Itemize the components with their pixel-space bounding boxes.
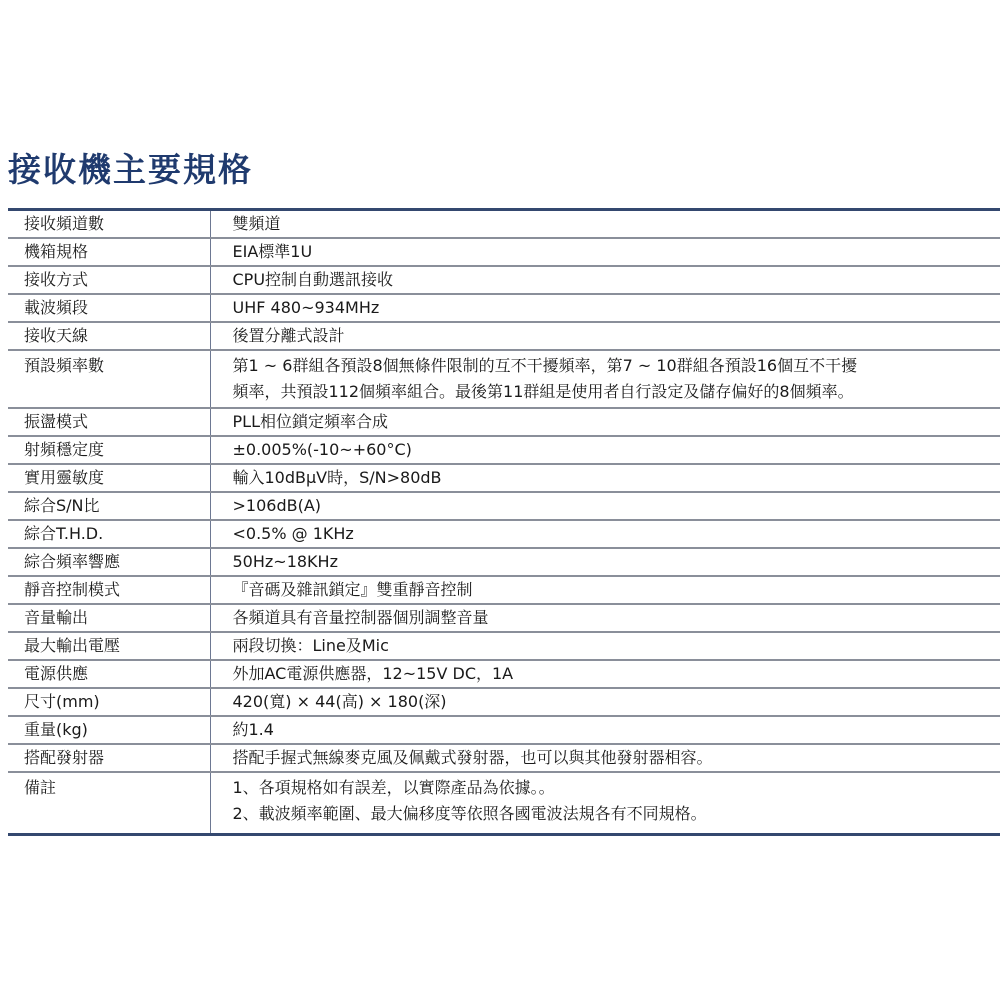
spec-key: 音量輸出 xyxy=(8,604,210,632)
spec-value-line: 頻率，共預設112個頻率組合。最後第11群組是使用者自行設定及儲存偏好的8個頻率… xyxy=(233,379,1000,405)
spec-key: 靜音控制模式 xyxy=(8,576,210,604)
spec-key: 綜合頻率響應 xyxy=(8,548,210,576)
spec-value: 搭配手握式無線麥克風及佩戴式發射器，也可以與其他發射器相容。 xyxy=(210,744,1000,772)
spec-key: 重量(kg) xyxy=(8,716,210,744)
spec-table: 接收頻道數 雙頻道 機箱規格 EIA標準1U 接收方式 CPU控制自動選訊接收 … xyxy=(8,208,1000,836)
spec-key: 載波頻段 xyxy=(8,294,210,322)
spec-key: 預設頻率數 xyxy=(8,350,210,408)
spec-value: 外加AC電源供應器，12~15V DC，1A xyxy=(210,660,1000,688)
spec-row: 綜合頻率響應 50Hz~18KHz xyxy=(8,548,1000,576)
spec-key: 綜合S/N比 xyxy=(8,492,210,520)
spec-row: 綜合T.H.D. <0.5% @ 1KHz xyxy=(8,520,1000,548)
spec-value: CPU控制自動選訊接收 xyxy=(210,266,1000,294)
spec-row: 接收天線 後置分離式設計 xyxy=(8,322,1000,350)
spec-row: 音量輸出 各頻道具有音量控制器個別調整音量 xyxy=(8,604,1000,632)
spec-key: 射頻穩定度 xyxy=(8,436,210,464)
spec-value: >106dB(A) xyxy=(210,492,1000,520)
spec-row: 接收方式 CPU控制自動選訊接收 xyxy=(8,266,1000,294)
spec-row: 預設頻率數 第1 ~ 6群組各預設8個無條件限制的互不干擾頻率，第7 ~ 10群… xyxy=(8,350,1000,408)
spec-value: PLL相位鎖定頻率合成 xyxy=(210,408,1000,436)
spec-value: 雙頻道 xyxy=(210,210,1000,239)
spec-row: 實用靈敏度 輸入10dBμV時，S/N>80dB xyxy=(8,464,1000,492)
spec-row: 最大輸出電壓 兩段切換：Line及Mic xyxy=(8,632,1000,660)
spec-value: 各頻道具有音量控制器個別調整音量 xyxy=(210,604,1000,632)
spec-row: 尺寸(mm) 420(寬) × 44(高) × 180(深) xyxy=(8,688,1000,716)
spec-key: 最大輸出電壓 xyxy=(8,632,210,660)
page-title: 接收機主要規格 xyxy=(8,150,253,190)
spec-value: UHF 480~934MHz xyxy=(210,294,1000,322)
spec-key: 搭配發射器 xyxy=(8,744,210,772)
spec-key: 實用靈敏度 xyxy=(8,464,210,492)
spec-value: ±0.005%(-10~+60°C) xyxy=(210,436,1000,464)
spec-row: 機箱規格 EIA標準1U xyxy=(8,238,1000,266)
spec-row: 載波頻段 UHF 480~934MHz xyxy=(8,294,1000,322)
spec-row: 振盪模式 PLL相位鎖定頻率合成 xyxy=(8,408,1000,436)
spec-key: 接收天線 xyxy=(8,322,210,350)
spec-row: 電源供應 外加AC電源供應器，12~15V DC，1A xyxy=(8,660,1000,688)
spec-value: 輸入10dBμV時，S/N>80dB xyxy=(210,464,1000,492)
spec-row: 接收頻道數 雙頻道 xyxy=(8,210,1000,239)
spec-key: 尺寸(mm) xyxy=(8,688,210,716)
spec-key: 振盪模式 xyxy=(8,408,210,436)
spec-value: 『音碼及雜訊鎖定』雙重靜音控制 xyxy=(210,576,1000,604)
spec-row: 綜合S/N比 >106dB(A) xyxy=(8,492,1000,520)
spec-value: EIA標準1U xyxy=(210,238,1000,266)
spec-value: 420(寬) × 44(高) × 180(深) xyxy=(210,688,1000,716)
spec-key: 接收方式 xyxy=(8,266,210,294)
spec-key: 綜合T.H.D. xyxy=(8,520,210,548)
spec-key: 機箱規格 xyxy=(8,238,210,266)
note-line: 2、載波頻率範圍、最大偏移度等依照各國電波法規各有不同規格。 xyxy=(233,801,1000,827)
spec-row: 射頻穩定度 ±0.005%(-10~+60°C) xyxy=(8,436,1000,464)
spec-row: 搭配發射器 搭配手握式無線麥克風及佩戴式發射器，也可以與其他發射器相容。 xyxy=(8,744,1000,772)
spec-value: <0.5% @ 1KHz xyxy=(210,520,1000,548)
spec-key: 電源供應 xyxy=(8,660,210,688)
spec-key: 備註 xyxy=(8,772,210,835)
note-line: 1、各項規格如有誤差，以實際產品為依據。。 xyxy=(233,775,1000,801)
spec-value: 1、各項規格如有誤差，以實際產品為依據。。 2、載波頻率範圍、最大偏移度等依照各… xyxy=(210,772,1000,835)
spec-key: 接收頻道數 xyxy=(8,210,210,239)
spec-row: 重量(kg) 約1.4 xyxy=(8,716,1000,744)
spec-value: 第1 ~ 6群組各預設8個無條件限制的互不干擾頻率，第7 ~ 10群組各預設16… xyxy=(210,350,1000,408)
spec-value: 後置分離式設計 xyxy=(210,322,1000,350)
spec-value: 兩段切換：Line及Mic xyxy=(210,632,1000,660)
spec-row-notes: 備註 1、各項規格如有誤差，以實際產品為依據。。 2、載波頻率範圍、最大偏移度等… xyxy=(8,772,1000,835)
spec-row: 靜音控制模式 『音碼及雜訊鎖定』雙重靜音控制 xyxy=(8,576,1000,604)
spec-value: 約1.4 xyxy=(210,716,1000,744)
spec-value-line: 第1 ~ 6群組各預設8個無條件限制的互不干擾頻率，第7 ~ 10群組各預設16… xyxy=(233,353,1000,379)
spec-value: 50Hz~18KHz xyxy=(210,548,1000,576)
